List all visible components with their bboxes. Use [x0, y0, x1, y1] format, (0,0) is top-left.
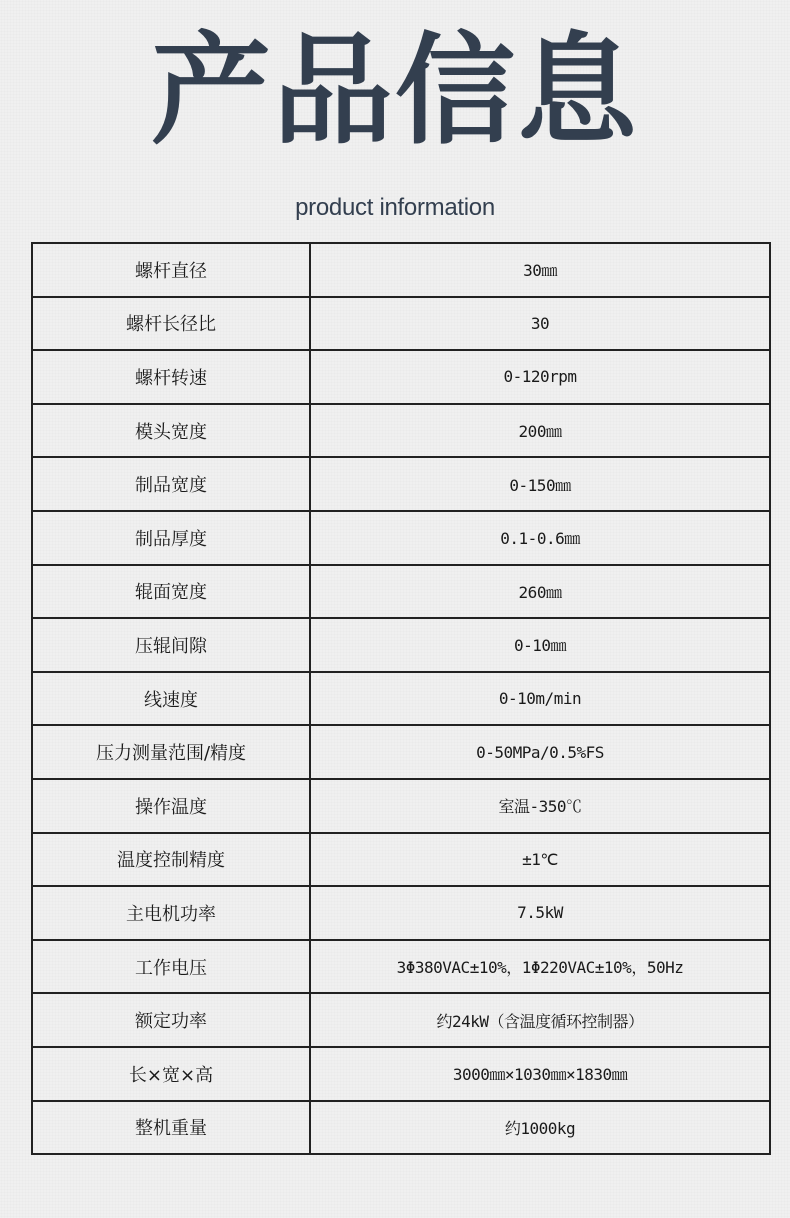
table-row: 制品宽度0-150㎜: [32, 457, 770, 511]
spec-label: 螺杆长径比: [32, 297, 310, 351]
table-row: 线速度0-10m/min: [32, 672, 770, 726]
table-row: 螺杆转速0-120rpm: [32, 350, 770, 404]
spec-label: 长×宽×高: [32, 1047, 310, 1101]
table-row: 制品厚度0.1-0.6㎜: [32, 511, 770, 565]
table-row: 长×宽×高3000㎜×1030㎜×1830㎜: [32, 1047, 770, 1101]
spec-label: 工作电压: [32, 940, 310, 994]
spec-label: 操作温度: [32, 779, 310, 833]
spec-label: 压辊间隙: [32, 618, 310, 672]
spec-label: 线速度: [32, 672, 310, 726]
table-row: 操作温度室温-350℃: [32, 779, 770, 833]
spec-value: 30㎜: [310, 243, 770, 297]
table-row: 压辊间隙0-10㎜: [32, 618, 770, 672]
spec-value: 3Φ380VAC±10%，1Φ220VAC±10%，50Hz: [310, 940, 770, 994]
table-row: 温度控制精度±1℃: [32, 833, 770, 887]
table-row: 主电机功率7.5kW: [32, 886, 770, 940]
spec-label: 螺杆直径: [32, 243, 310, 297]
table-row: 螺杆直径30㎜: [32, 243, 770, 297]
table-row: 压力测量范围/精度0-50MPa/0.5%FS: [32, 725, 770, 779]
page-title: 产品信息: [0, 22, 790, 162]
table-row: 辊面宽度260㎜: [32, 565, 770, 619]
spec-value: 0-120rpm: [310, 350, 770, 404]
spec-label: 额定功率: [32, 993, 310, 1047]
spec-label: 螺杆转速: [32, 350, 310, 404]
table-row: 整机重量约1000kg: [32, 1101, 770, 1155]
spec-label: 整机重量: [32, 1101, 310, 1155]
spec-value: 0-10m/min: [310, 672, 770, 726]
spec-value: 0-50MPa/0.5%FS: [310, 725, 770, 779]
spec-value: 30: [310, 297, 770, 351]
spec-label: 辊面宽度: [32, 565, 310, 619]
table-row: 额定功率约24kW（含温度循环控制器）: [32, 993, 770, 1047]
spec-value: 3000㎜×1030㎜×1830㎜: [310, 1047, 770, 1101]
spec-value: 0-150㎜: [310, 457, 770, 511]
spec-label: 主电机功率: [32, 886, 310, 940]
spec-value: 260㎜: [310, 565, 770, 619]
spec-value: 室温-350℃: [310, 779, 770, 833]
spec-label: 压力测量范围/精度: [32, 725, 310, 779]
spec-label: 制品宽度: [32, 457, 310, 511]
spec-value: 约1000kg: [310, 1101, 770, 1155]
spec-label: 模头宽度: [32, 404, 310, 458]
spec-value: 约24kW（含温度循环控制器）: [310, 993, 770, 1047]
spec-label: 制品厚度: [32, 511, 310, 565]
table-row: 螺杆长径比30: [32, 297, 770, 351]
table-row: 工作电压3Φ380VAC±10%，1Φ220VAC±10%，50Hz: [32, 940, 770, 994]
page-subtitle: product information: [0, 193, 790, 223]
spec-value: 0-10㎜: [310, 618, 770, 672]
spec-value: ±1℃: [310, 833, 770, 887]
spec-value: 7.5kW: [310, 886, 770, 940]
spec-table: 螺杆直径30㎜ 螺杆长径比30 螺杆转速0-120rpm 模头宽度200㎜ 制品…: [31, 242, 771, 1155]
spec-label: 温度控制精度: [32, 833, 310, 887]
spec-value: 0.1-0.6㎜: [310, 511, 770, 565]
spec-value: 200㎜: [310, 404, 770, 458]
table-row: 模头宽度200㎜: [32, 404, 770, 458]
